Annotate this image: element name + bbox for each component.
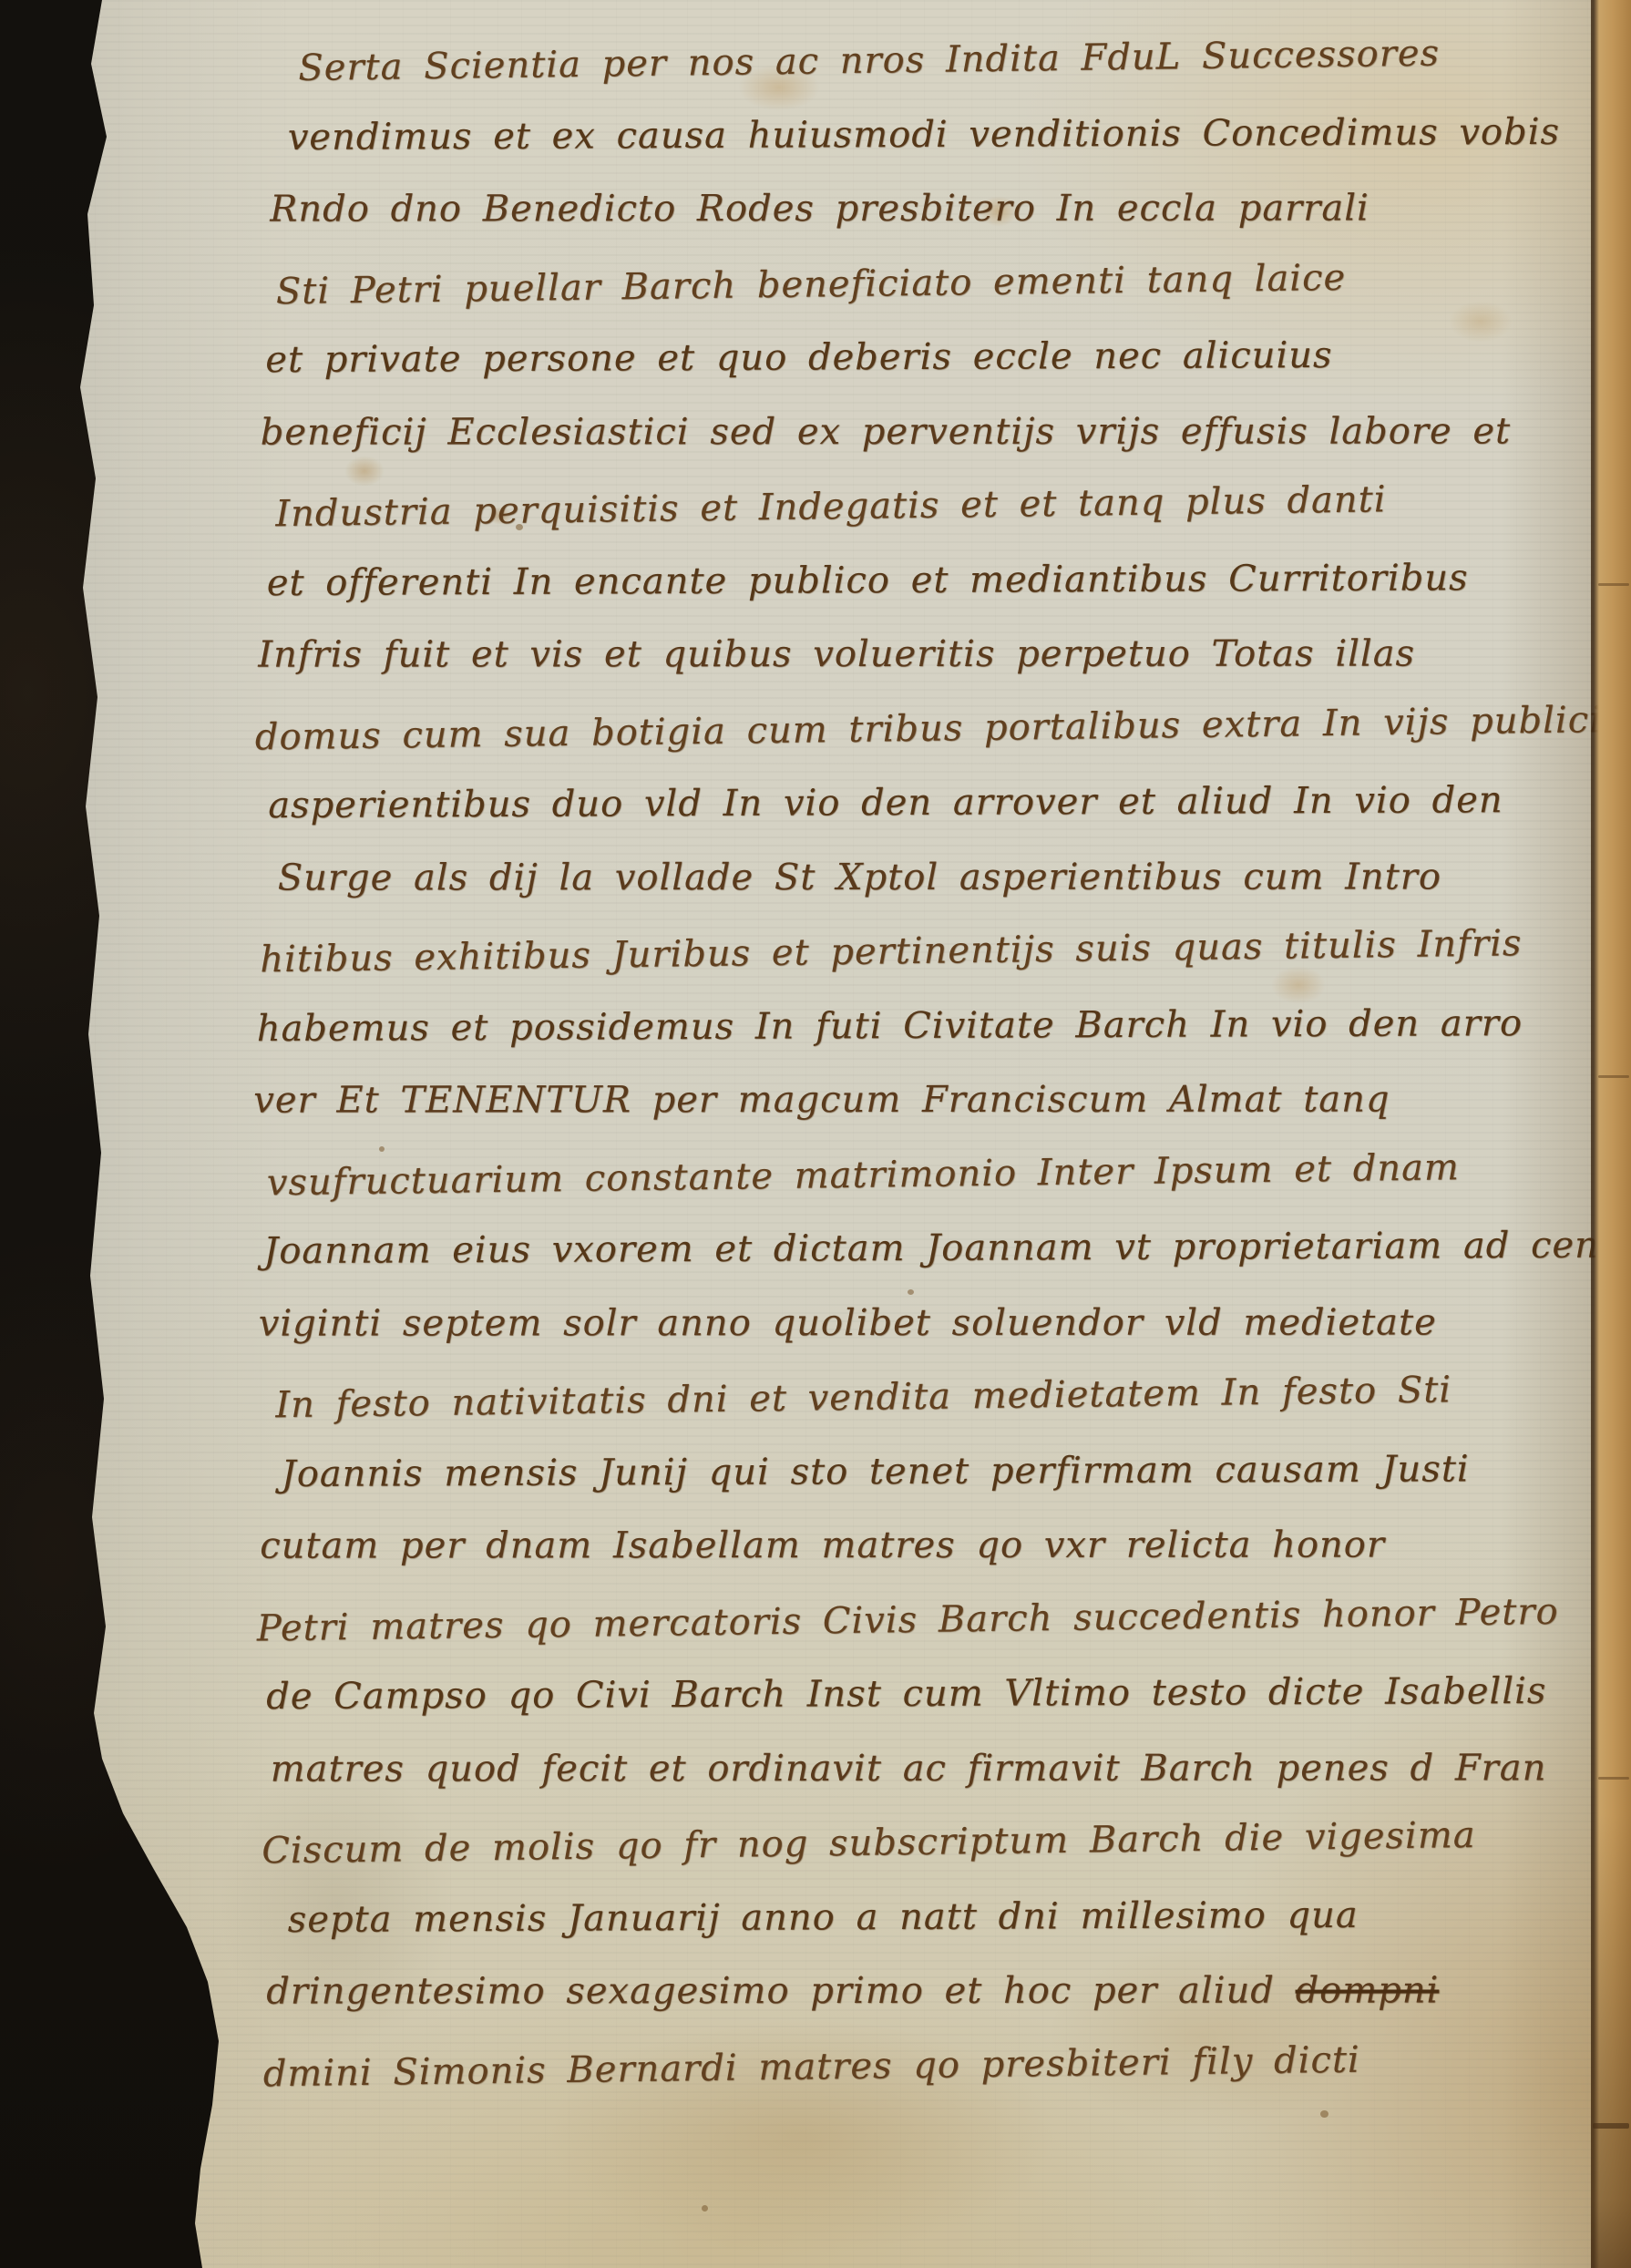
manuscript-line-text: Rndo dno Benedicto Rodes presbitero In e… (270, 188, 1369, 231)
manuscript-line: septa mensis Januarij anno a natt dni mi… (288, 1877, 1575, 1957)
manuscript-line-text: matres quod fecit et ordinavit ac firmav… (271, 1747, 1547, 1790)
manuscript-line: beneficij Ecclesiastici sed ex perventij… (261, 395, 1565, 470)
manuscript-line: Ciscum de molis qo fr nog subscriptum Ba… (262, 1798, 1575, 1889)
manuscript-line-text: septa mensis Januarij anno a natt dni mi… (288, 1893, 1359, 1940)
manuscript-line: domus cum sua botigia cum tribus portali… (254, 683, 1567, 775)
manuscript-line: vsufructuarium constante matrimonio Inte… (266, 1129, 1570, 1220)
manuscript-line-text: dringentesimo sexagesimo primo et hoc pe… (266, 1970, 1295, 2013)
manuscript-line-text: Infris fuit et vis et quibus volueritis … (258, 633, 1415, 676)
manuscript-line-text: Sti Petri puellar Barch beneficiato emen… (276, 256, 1347, 312)
manuscript-line-text: cutam per dnam Isabellam matres qo vxr r… (260, 1524, 1385, 1567)
fore-edge-crease (1598, 1075, 1629, 1078)
manuscript-line-text: ver Et TENENTUR per magcum Franciscum Al… (253, 1079, 1390, 1122)
manuscript-line-text: viginti septem solr anno quolibet soluen… (259, 1301, 1437, 1344)
manuscript-line: Joannis mensis Junij qui sto tenet perfi… (282, 1432, 1572, 1512)
manuscript-line: In festo nativitatis dni et vendita medi… (275, 1352, 1572, 1443)
manuscript-line-text: In festo nativitatis dni et vendita medi… (275, 1369, 1451, 1426)
manuscript-line: Joannam eius vxorem et dictam Joannam vt… (263, 1209, 1570, 1289)
manuscript-line-text: et private persone et quo deberis eccle … (265, 334, 1332, 381)
manuscript-page: Serta Scientia per nos ac nros Indita Fd… (0, 0, 1631, 2268)
manuscript-line: Infris fuit et vis et quibus volueritis … (258, 617, 1566, 693)
manuscript-line: et private persone et quo deberis eccle … (265, 318, 1564, 398)
manuscript-line: cutam per dnam Isabellam matres qo vxr r… (260, 1508, 1572, 1584)
manuscript-line: hitibus exhitibus Juribus et pertinentij… (260, 907, 1569, 998)
manuscript-line-text: habemus et possidemus In futi Civitate B… (257, 1002, 1523, 1050)
manuscript-line: Petri matres qo mercatoris Civis Barch s… (256, 1575, 1573, 1666)
manuscript-line-text: asperientibus duo vld In vio den arrover… (268, 779, 1503, 826)
manuscript-line: Surge als dij la vollade St Xptol asperi… (278, 840, 1568, 916)
manuscript-line: viginti septem solr anno quolibet soluen… (259, 1286, 1571, 1361)
manuscript-line-text: et offerenti In encante publico et media… (267, 557, 1469, 604)
struck-word: dompni (1296, 1969, 1440, 2011)
manuscript-line-text: beneficij Ecclesiastici sed ex perventij… (261, 410, 1511, 453)
manuscript-line: asperientibus duo vld In vio den arrover… (268, 764, 1567, 844)
manuscript-line-text: domus cum sua botigia cum tribus portali… (255, 698, 1622, 758)
manuscript-line: Rndo dno Benedicto Rodes presbitero In e… (270, 171, 1564, 247)
manuscript-text-block: Serta Scientia per nos ac nros Indita Fd… (251, 20, 1575, 2108)
fore-edge-crease (1593, 2123, 1629, 2129)
page-fore-edge (1591, 0, 1631, 2268)
manuscript-line: Industria perquisitis et Indegatis et et… (275, 461, 1566, 552)
manuscript-line-text: hitibus exhitibus Juribus et pertinentij… (260, 922, 1523, 980)
manuscript-line-text: vendimus et ex causa huiusmodi vendition… (288, 110, 1560, 158)
fore-edge-crease (1598, 1777, 1629, 1780)
manuscript-line-text: Joannam eius vxorem et dictam Joannam vt… (263, 1224, 1631, 1272)
manuscript-line-text: Serta Scientia per nos ac nros Indita Fd… (298, 33, 1440, 89)
manuscript-line: matres quod fecit et ordinavit ac firmav… (271, 1731, 1574, 1807)
manuscript-line-text: Surge als dij la vollade St Xptol asperi… (278, 856, 1441, 898)
manuscript-line-text: vsufructuarium constante matrimonio Inte… (266, 1146, 1460, 1204)
manuscript-line: dringentesimo sexagesimo primo et hoc pe… (266, 1954, 1575, 2029)
manuscript-line-text: Industria perquisitis et Indegatis et et… (275, 478, 1387, 535)
manuscript-line-text: Joannis mensis Junij qui sto tenet perfi… (282, 1448, 1470, 1495)
manuscript-line: vendimus et ex causa huiusmodi vendition… (288, 95, 1564, 175)
manuscript-line: et offerenti In encante publico et media… (267, 540, 1566, 621)
manuscript-line-text: Ciscum de molis qo fr nog subscriptum Ba… (262, 1814, 1476, 1872)
manuscript-line: Sti Petri puellar Barch beneficiato emen… (275, 238, 1564, 329)
manuscript-line: Serta Scientia per nos ac nros Indita Fd… (298, 15, 1564, 107)
manuscript-line: habemus et possidemus In futi Civitate B… (257, 986, 1569, 1066)
manuscript-line-text: de Campso qo Civi Barch Inst cum Vltimo … (266, 1670, 1546, 1718)
manuscript-line-text: dmini Simonis Bernardi matres qo presbit… (262, 2038, 1359, 2095)
ink-speck (702, 2205, 708, 2212)
manuscript-line: ver Et TENENTUR per magcum Franciscum Al… (253, 1062, 1569, 1138)
manuscript-line: dmini Simonis Bernardi matres qo presbit… (262, 2020, 1575, 2111)
manuscript-line-text: Petri matres qo mercatoris Civis Barch s… (256, 1590, 1558, 1649)
ink-speck (1320, 2110, 1328, 2118)
fore-edge-crease (1598, 583, 1629, 586)
manuscript-line: de Campso qo Civi Barch Inst cum Vltimo … (266, 1655, 1573, 1735)
